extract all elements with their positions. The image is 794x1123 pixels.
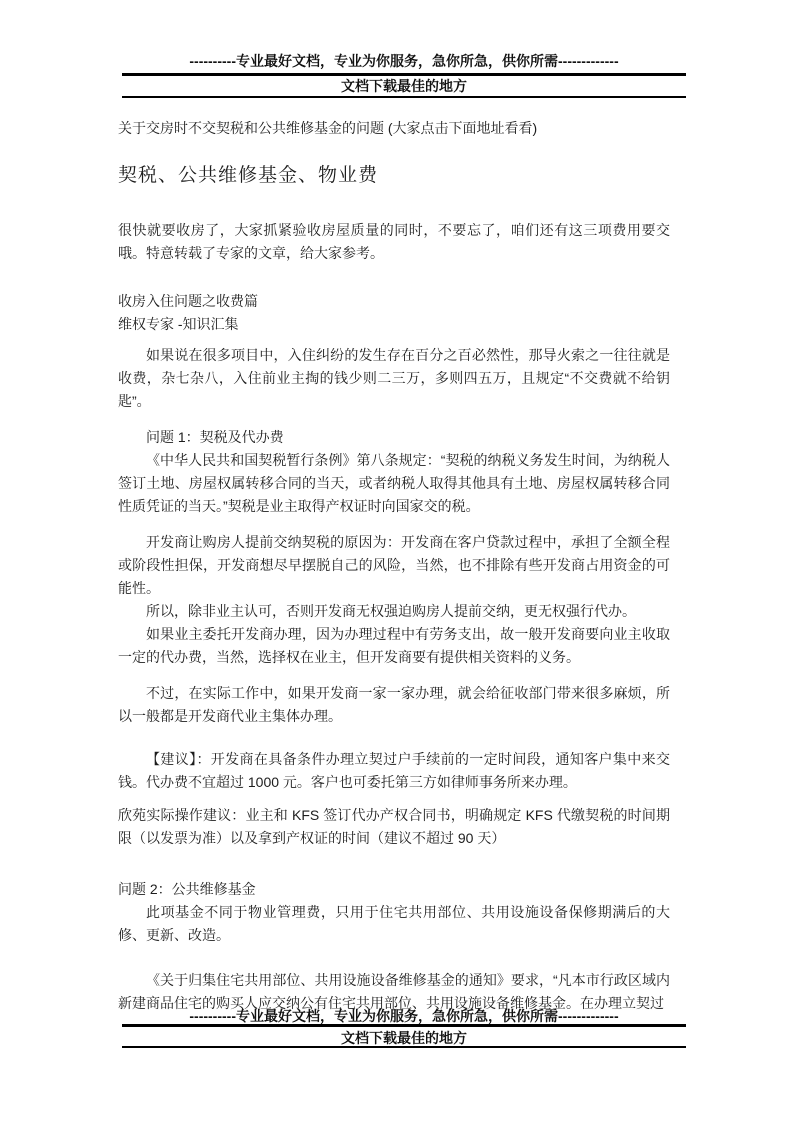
paragraph: 所以，除非业主认可，否则开发商无权强迫购房人提前交纳，更无权强行代办。 xyxy=(118,600,670,623)
paragraph: 问题 1：契税及代办费 xyxy=(118,426,670,449)
footer-rule-thick xyxy=(122,1024,686,1027)
footer-rule-thin xyxy=(122,1046,686,1048)
paragraph: 《中华人民共和国契税暂行条例》第八条规定：“契税的纳税义务发生时间，为纳税人签订… xyxy=(118,449,670,518)
paragraph: 问题 2：公共维修基金 xyxy=(118,878,670,901)
header-rule-thick xyxy=(122,73,686,76)
paragraph: 很快就要收房了，大家抓紧验收房屋质量的同时，不要忘了，咱们还有这三项费用要交哦。… xyxy=(118,219,670,265)
paragraph: 维权专家 -知识汇集 xyxy=(118,313,670,336)
paragraph: 欣苑实际操作建议：业主和 KFS 签订代办产权合同书，明确规定 KFS 代缴契税… xyxy=(118,804,670,850)
footer-subtitle: 文档下载最佳的地方 xyxy=(122,1030,686,1046)
paragraph: 【建议】：开发商在具备条件办理立契过户手续前的一定时间段，通知客户集中来交钱。代… xyxy=(118,748,670,794)
header-rule-thin xyxy=(122,96,686,98)
header-subtitle: 文档下载最佳的地方 xyxy=(122,78,686,94)
paragraph: 此项基金不同于物业管理费，只用于住宅共用部位、共用设施设备保修期满后的大修、更新… xyxy=(118,901,670,947)
document-page: ----------专业最好文档，专业为你服务，急你所急，供你所需-------… xyxy=(0,0,794,1123)
paragraph: 如果业主委托开发商办理，因为办理过程中有劳务支出，故一般开发商要向业主收取一定的… xyxy=(118,623,670,669)
header-slogan: ----------专业最好文档，专业为你服务，急你所急，供你所需-------… xyxy=(122,53,686,70)
footer-slogan: ----------专业最好文档，专业为你服务，急你所急，供你所需-------… xyxy=(122,1008,686,1025)
paragraph: 不过，在实际工作中，如果开发商一家一家办理，就会给征收部门带来很多麻烦，所以一般… xyxy=(118,682,670,728)
paragraph: 开发商让购房人提前交纳契税的原因为：开发商在客户贷款过程中，承担了全额全程或阶段… xyxy=(118,531,670,600)
intro-line: 关于交房时不交契税和公共维修基金的问题 (大家点击下面地址看看) xyxy=(118,117,670,140)
paragraph: 收房入住问题之收费篇 xyxy=(118,290,670,313)
document-body: 关于交房时不交契税和公共维修基金的问题 (大家点击下面地址看看)契税、公共维修基… xyxy=(118,117,670,1015)
paragraph: 如果说在很多项目中，入住纠纷的发生存在百分之百必然性，那导火索之一往往就是收费，… xyxy=(118,344,670,413)
document-title: 契税、公共维修基金、物业费 xyxy=(118,163,670,189)
